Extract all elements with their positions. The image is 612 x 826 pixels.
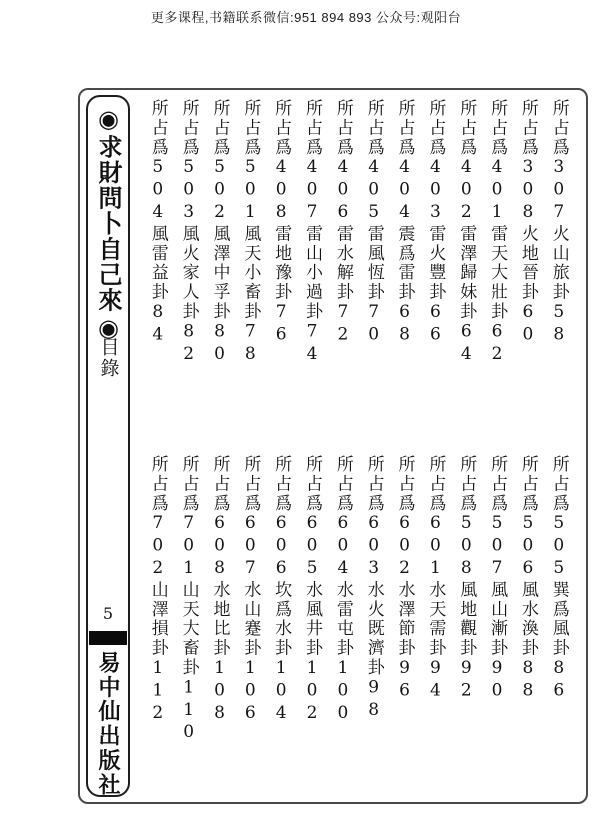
toc-entry: 所占爲507風山漸卦90: [481, 455, 512, 703]
toc-entry: 所占爲701山天大畜卦110: [173, 455, 204, 745]
toc-entry-text: 所占爲307火山旅卦58: [548, 99, 568, 347]
toc-entry-text: 所占爲604水雷屯卦100: [332, 455, 352, 725]
page-number: 5: [88, 604, 128, 623]
toc-entry: 所占爲605水風井卦102: [296, 455, 327, 725]
toc-entry: 所占爲602水澤節卦96: [389, 455, 420, 703]
toc-entry: 所占爲504風雷益卦84: [142, 99, 173, 347]
toc-entry: 所占爲403雷火豐卦66: [420, 99, 451, 347]
page-border: ◉求財問卜自己來◉ 目錄 5 易中仙出版社 所占爲307火山旅卦58所占爲308…: [78, 88, 588, 804]
toc-entry: 所占爲601水天需卦94: [420, 455, 451, 703]
toc-entry-text: 所占爲608水地比卦108: [209, 455, 229, 725]
toc-entry-text: 所占爲605水風井卦102: [302, 455, 322, 725]
toc-entry-text: 所占爲702山澤損卦112: [147, 455, 167, 725]
publisher-name: 易中仙出版社: [97, 651, 119, 797]
toc-entry-text: 所占爲407雷山小過卦74: [302, 99, 322, 366]
toc-entry: 所占爲606坎爲水卦104: [266, 455, 297, 725]
toc-entry-text: 所占爲508風地觀卦92: [456, 455, 476, 703]
toc-entry-text: 所占爲405雷風恆卦70: [363, 99, 383, 347]
toc-entry: 所占爲506風水渙卦88: [512, 455, 543, 703]
toc-entry: 所占爲501風天小畜卦78: [235, 99, 266, 366]
toc-entry: 所占爲406雷水解卦72: [327, 99, 358, 347]
toc-entry-text: 所占爲602水澤節卦96: [394, 455, 414, 703]
toc-entry-text: 所占爲503風火家人卦82: [178, 99, 198, 366]
toc-entry: 所占爲308火地晉卦60: [512, 99, 543, 347]
toc-group-bottom: 所占爲505巽爲風卦86所占爲506風水渙卦88所占爲507風山漸卦90所占爲5…: [142, 455, 574, 745]
toc-entry-text: 所占爲606坎爲水卦104: [271, 455, 291, 725]
toc-entry-text: 所占爲603水火既濟卦98: [363, 455, 383, 722]
book-title-box: ◉求財問卜自己來◉: [88, 104, 128, 344]
toc-entry: 所占爲503風火家人卦82: [173, 99, 204, 366]
toc-entry: 所占爲603水火既濟卦98: [358, 455, 389, 722]
sidebar: ◉求財問卜自己來◉ 目錄 5 易中仙出版社: [86, 95, 130, 797]
toc-entry-text: 所占爲507風山漸卦90: [487, 455, 507, 703]
toc-group-top: 所占爲307火山旅卦58所占爲308火地晉卦60所占爲401雷天大壯卦62所占爲…: [142, 99, 574, 366]
toc-entry: 所占爲502風澤中孚卦80: [204, 99, 235, 366]
header-contact-line: 更多课程,书籍联系微信:951 894 893 公众号:观阳台: [0, 7, 612, 26]
toc-entry-text: 所占爲402雷澤歸妹卦64: [456, 99, 476, 366]
publisher-box: 易中仙出版社: [88, 651, 128, 797]
toc-section-label: 目錄: [99, 337, 118, 379]
toc-entry: 所占爲508風地觀卦92: [451, 455, 482, 703]
toc-entry: 所占爲407雷山小過卦74: [296, 99, 327, 366]
toc-entry: 所占爲604水雷屯卦100: [327, 455, 358, 725]
toc-entry: 所占爲702山澤損卦112: [142, 455, 173, 725]
divider-bar: [89, 631, 127, 645]
toc-entry: 所占爲404震爲雷卦68: [389, 99, 420, 347]
toc-entry: 所占爲307火山旅卦58: [543, 99, 574, 347]
toc-entry-text: 所占爲404震爲雷卦68: [394, 99, 414, 347]
toc-entry-text: 所占爲502風澤中孚卦80: [209, 99, 229, 366]
toc-entry-text: 所占爲505巽爲風卦86: [548, 455, 568, 703]
toc-entry-text: 所占爲601水天需卦94: [425, 455, 445, 703]
toc-section-label-box: 目錄: [88, 337, 128, 379]
toc-entry: 所占爲608水地比卦108: [204, 455, 235, 725]
toc-entry-text: 所占爲701山天大畜卦110: [178, 455, 198, 745]
toc-entry-text: 所占爲403雷火豐卦66: [425, 99, 445, 347]
toc-entry: 所占爲402雷澤歸妹卦64: [451, 99, 482, 366]
book-title: ◉求財問卜自己來◉: [96, 104, 120, 344]
toc-entry-text: 所占爲408雷地豫卦76: [271, 99, 291, 347]
toc-entry-text: 所占爲401雷天大壯卦62: [487, 99, 507, 366]
toc-entry-text: 所占爲406雷水解卦72: [332, 99, 352, 347]
toc-entry: 所占爲607水山蹇卦106: [235, 455, 266, 725]
toc-entry-text: 所占爲308火地晉卦60: [518, 99, 538, 347]
toc-entry: 所占爲505巽爲風卦86: [543, 455, 574, 703]
toc-entry-text: 所占爲504風雷益卦84: [147, 99, 167, 347]
toc-entry: 所占爲401雷天大壯卦62: [481, 99, 512, 366]
toc-entry: 所占爲408雷地豫卦76: [266, 99, 297, 347]
toc-entry-text: 所占爲501風天小畜卦78: [240, 99, 260, 366]
toc-entry-text: 所占爲506風水渙卦88: [518, 455, 538, 703]
toc-entry-text: 所占爲607水山蹇卦106: [240, 455, 260, 725]
toc-entry: 所占爲405雷風恆卦70: [358, 99, 389, 347]
